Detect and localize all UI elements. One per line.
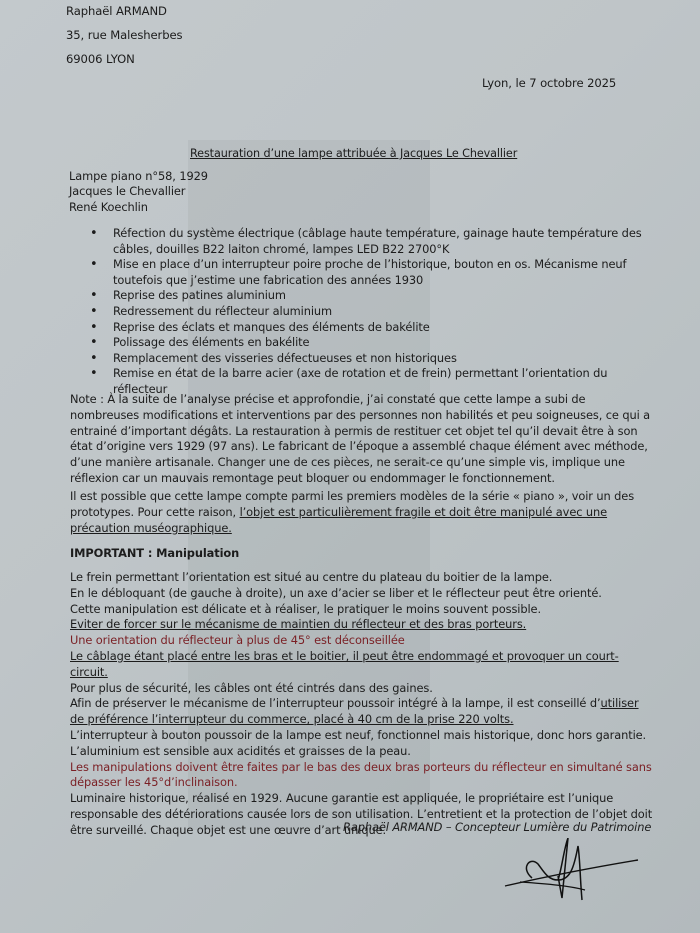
wiring-warning: Le câblage étant placé entre les bras et… (70, 649, 655, 681)
list-item: Redressement du réflecteur aluminium (90, 304, 650, 320)
sender-city: 69006 LYON (66, 52, 135, 68)
object-identification: Lampe piano n°58, 1929 Jacques le Cheval… (69, 169, 208, 215)
switch-warranty: L’interrupteur à bouton poussoir de la l… (70, 728, 655, 744)
unlock-instruction: En le débloquant (de gauche à droite), u… (70, 586, 655, 602)
important-heading: IMPORTANT : Manipulation (70, 546, 655, 562)
list-item: Polissage des éléments en bakélite (90, 335, 650, 351)
angle-warning: Une orientation du réflecteur à plus de … (70, 633, 655, 649)
sender-name: Raphaël ARMAND (66, 4, 167, 20)
signature-line: Raphaël ARMAND – Concepteur Lumière du P… (343, 820, 651, 836)
handling-instruction: Les manipulations doivent être faites pa… (70, 760, 655, 792)
list-item: Reprise des éclats et manques des élémen… (90, 320, 650, 336)
cable-note: Pour plus de sécurité, les câbles ont ét… (70, 681, 655, 697)
letter-page: Raphaël ARMAND 35, rue Malesherbes 69006… (0, 0, 700, 933)
sender-street: 35, rue Malesherbes (66, 28, 182, 44)
manipulation-section: Le frein permettant l’orientation est si… (70, 570, 655, 839)
aluminium-note: L’aluminium est sensible aux acidités et… (70, 744, 655, 760)
list-item: Reprise des patines aluminium (90, 288, 650, 304)
object-maker: René Koechlin (69, 200, 208, 215)
letter-date: Lyon, le 7 octobre 2025 (482, 76, 616, 92)
delicate-warning: Cette manipulation est délicate et à réa… (70, 602, 655, 618)
object-designer: Jacques le Chevallier (69, 184, 208, 199)
list-item: Réfection du système électrique (câblage… (90, 226, 650, 257)
note-paragraph: Note : À la suite de l’analyse précise e… (70, 392, 655, 487)
brake-location: Le frein permettant l’orientation est si… (70, 570, 655, 586)
force-warning: Eviter de forcer sur le mécanisme de mai… (70, 617, 655, 633)
object-model: Lampe piano n°58, 1929 (69, 169, 208, 184)
handwritten-signature (500, 838, 650, 918)
prototype-paragraph: Il est possible que cette lampe compte p… (70, 489, 655, 536)
list-item: Mise en place d’un interrupteur poire pr… (90, 257, 650, 288)
restoration-works-list: Réfection du système électrique (câblage… (90, 226, 650, 398)
switch-advice: Afin de préserver le mécanisme de l’inte… (70, 696, 655, 728)
letter-title: Restauration d’une lampe attribuée à Jac… (190, 146, 517, 162)
list-item: Remplacement des visseries défectueuses … (90, 351, 650, 367)
